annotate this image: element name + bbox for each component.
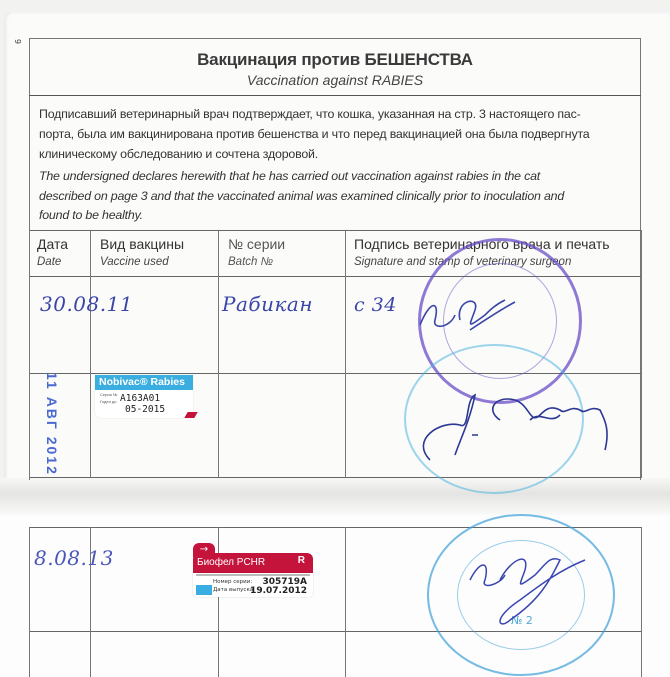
title-block: Вакцинация против БЕШЕНСТВА Vaccination …: [29, 38, 641, 96]
col-header-batch: № серии: [228, 236, 285, 252]
col-header-date: Дата: [37, 236, 68, 252]
col-header-vaccine-en: Vaccine used: [100, 256, 169, 268]
biofel-pchr-sticker: → Биофел PCHR R Номер серии: Дата выпуск…: [193, 543, 313, 598]
row1-batch: с 34: [354, 294, 397, 316]
sticker-release-date: 19.07.2012: [250, 586, 307, 596]
declaration-en-line: described on page 3 and that the vaccina…: [39, 187, 639, 207]
declaration-ru-line: порта, была им вакцинирована против беше…: [39, 124, 639, 144]
sticker-batch-label: Серия №: [100, 392, 117, 397]
title-russian: Вакцинация против БЕШЕНСТВА: [29, 50, 641, 70]
declaration-ru-line: клиническому обследованию и сочтена здор…: [39, 144, 639, 164]
table-top-rule: [29, 230, 641, 231]
table-col-rule: [641, 527, 642, 677]
sticker-expiry-value: 05-2015: [125, 404, 165, 415]
sticker-brand: Биофел PCHR: [197, 557, 265, 568]
sticker-fine-print: [196, 574, 310, 576]
syringe-icon: [196, 585, 212, 595]
table-col-rule: [641, 230, 642, 478]
col-header-vaccine: Вид вакцины: [100, 236, 184, 252]
table-col-rule: [345, 230, 346, 478]
col-header-date-en: Date: [37, 256, 61, 268]
row3-signature: [460, 540, 590, 640]
col-header-batch-en: Batch №: [228, 256, 273, 268]
sticker-date-label: Дата выпуска: [213, 587, 253, 593]
sticker-batch-value: A163A01: [120, 393, 160, 404]
sticker-mark: R: [298, 555, 305, 566]
sticker-batch-label: Номер серии:: [213, 579, 252, 585]
row1-signature: [410, 290, 520, 340]
row3-date: 8.08.13: [34, 546, 114, 570]
table-col-rule: [345, 527, 346, 677]
title-english: Vaccination against RABIES: [29, 72, 641, 88]
sticker-body: Номер серии: Дата выпуска 305719A 19.07.…: [193, 573, 313, 597]
table-col-rule: [218, 230, 219, 478]
declaration-russian: Подписавший ветеринарный врач подтвержда…: [39, 104, 639, 164]
page-fold: [0, 478, 670, 518]
table-col-rule: [90, 230, 91, 478]
table-col-rule: [29, 527, 30, 677]
nobivac-rabies-sticker: Nobivac® Rabies Серия № Годен до A163A01…: [95, 375, 193, 418]
declaration-en-line: found to be healthy.: [39, 206, 639, 226]
page-number: 9: [13, 39, 22, 44]
declaration-en-line: The undersigned declares herewith that h…: [39, 167, 639, 187]
row2-date-stamp: 11 АВГ 2012: [30, 372, 60, 482]
declaration-english: The undersigned declares herewith that h…: [39, 167, 639, 226]
row1-date: 30.08.11: [40, 292, 133, 316]
sticker-brand: Nobivac® Rabies: [95, 375, 193, 390]
row2-signature: [400, 380, 630, 470]
sticker-header: Биофел PCHR R: [193, 553, 313, 573]
declaration-ru-line: Подписавший ветеринарный врач подтвержда…: [39, 104, 639, 124]
row1-vaccine: Рабикан: [222, 292, 313, 316]
sticker-expiry-label: Годен до: [100, 399, 116, 404]
